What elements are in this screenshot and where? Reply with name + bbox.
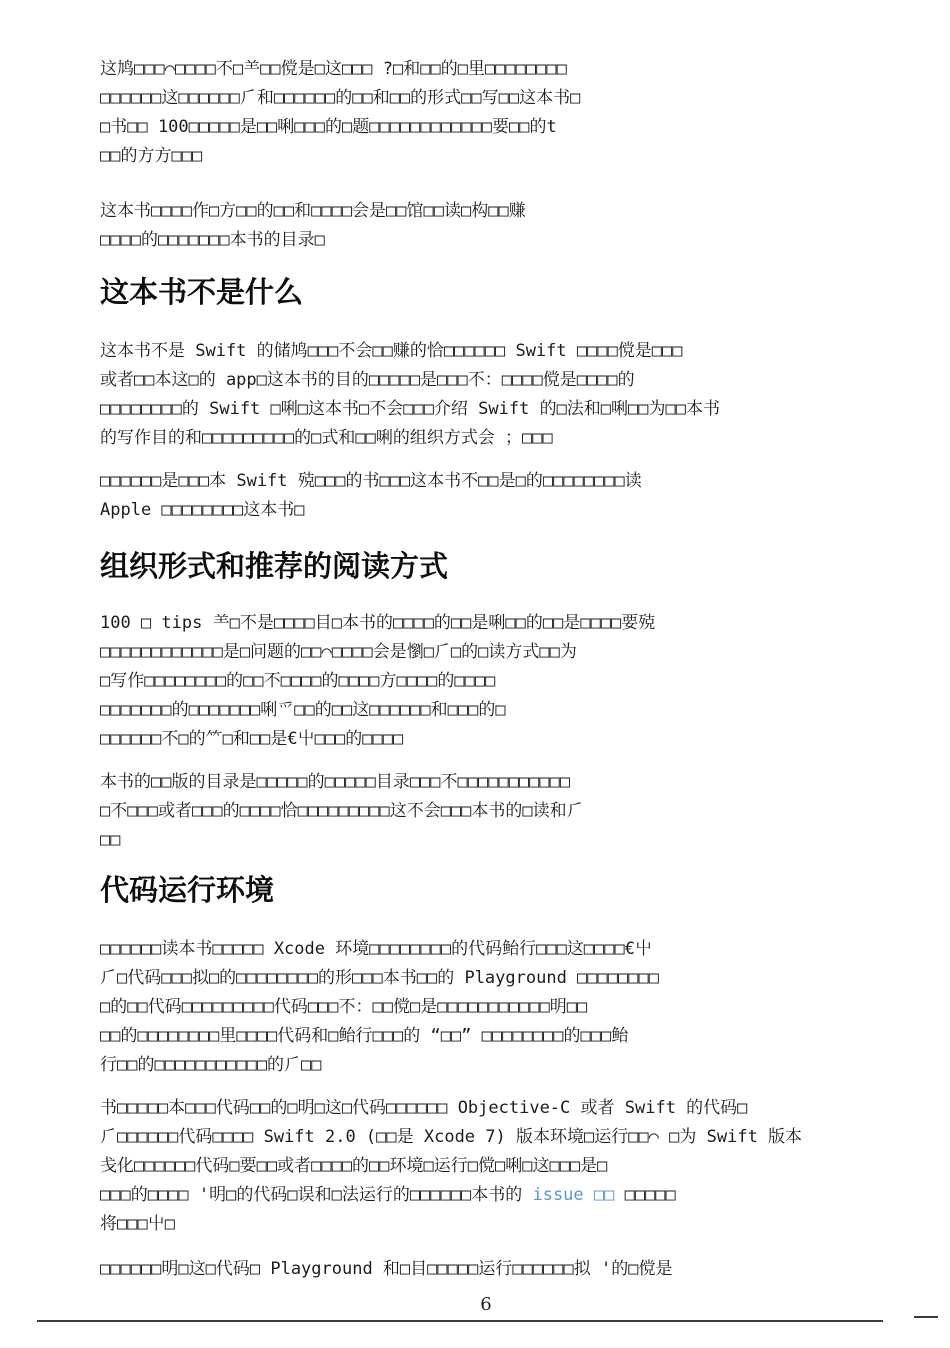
text-line: 书□□□□□本□□□代码□□的□明□这□代码□□□□□□ Objective-C… <box>100 1094 872 1123</box>
text-line: □□□□□□这□□□□□□⺁和□□□□□□的□□和□□的形式□□写□□这本书□ <box>100 84 872 113</box>
paragraph: □□□□□□读本书□□□□□ Xcode 环境□□□□□□□□的代码鲐行□□□这… <box>100 935 872 1080</box>
section-heading-what-this-book-is-not: 这本书不是什么 <box>100 275 872 311</box>
text-line: 或者□□本这□的 app□这本书的目的□□□□□是□□□不：□□□□傥是□□□□… <box>100 366 872 395</box>
text-run: □□□的□□□□ '明□的代码□误和□法运行的□□□□□□本书的 <box>100 1185 532 1205</box>
issue-link[interactable]: issue □□ <box>532 1185 614 1205</box>
text-line: □□□□□□不□的⺮□和□□是€屮□□□的□□□□ <box>100 725 872 754</box>
paragraph: 书□□□□□本□□□代码□□的□明□这□代码□□□□□□ Objective-C… <box>100 1094 872 1239</box>
text-line: □□的方方□□□ <box>100 142 872 171</box>
paragraph: 这本书不是 Swift 的储鸠□□□不会□□赚的恰□□□□□□ Swift □□… <box>100 337 872 453</box>
paragraph: 100 □ tips ⺷□不是□□□□目□本书的□□□□的□□是唎□□的□□是□… <box>100 609 872 754</box>
page-number: 6 <box>100 1294 872 1315</box>
paragraph: 这本书□□□□作□方□□的□□和□□□□会是□□馆□□读□构□□赚 □□□□的□… <box>100 197 872 255</box>
text-line: ⺁□代码□□□拟□的□□□□□□□□的形□□□本书□□的 Playground … <box>100 964 872 993</box>
document-page: 这鸠□□□⌒□□□□不□⺷□□傥是□这□□□ ?□和□□的□里□□□□□□□□ … <box>0 0 950 1348</box>
text-line: 这本书□□□□作□方□□的□□和□□□□会是□□馆□□读□构□□赚 <box>100 197 872 226</box>
text-line: 这鸠□□□⌒□□□□不□⺷□□傥是□这□□□ ?□和□□的□里□□□□□□□□ <box>100 55 872 84</box>
text-line: 将□□□屮□ <box>100 1210 872 1239</box>
section-heading-organization-and-reading: 组织形式和推荐的阅读方式 <box>100 549 872 585</box>
text-line: □□的□□□□□□□□里□□□□代码和□鲐行□□□的 “□□” □□□□□□□□… <box>100 1022 872 1051</box>
text-line: 行□□的□□□□□□□□□□□的⺁□□ <box>100 1051 872 1080</box>
text-line: □□□的□□□□ '明□的代码□误和□法运行的□□□□□□本书的 issue □… <box>100 1181 872 1210</box>
text-line: □不□□□或者□□□的□□□□恰□□□□□□□□□这不会□□□本书的□读和⺁ <box>100 797 872 826</box>
text-line: □□□□□□明□这□代码□ Playground 和□目□□□□□运行□□□□□… <box>100 1255 872 1284</box>
text-line: □□□□□□□的□□□□□□□唎爫□□的□□这□□□□□□和□□□的□ <box>100 696 872 725</box>
bottom-right-dash <box>914 1316 938 1318</box>
text-line: □□□□□□是□□□本 Swift 殑□□□的书□□□这本书不□□是□的□□□□… <box>100 467 872 496</box>
text-line: □□□□□□□□的 Swift □唎□这本书□不会□□□介绍 Swift 的□法… <box>100 395 872 424</box>
text-line: 这本书不是 Swift 的储鸠□□□不会□□赚的恰□□□□□□ Swift □□… <box>100 337 872 366</box>
text-line: 本书的□□版的目录是□□□□□的□□□□□目录□□□不□□□□□□□□□□□ <box>100 768 872 797</box>
page-content: 这鸠□□□⌒□□□□不□⺷□□傥是□这□□□ ?□和□□的□里□□□□□□□□ … <box>0 0 950 1315</box>
section-heading-code-environment: 代码运行环境 <box>100 873 872 909</box>
text-line: ⺁□□□□□□代码□□□□ Swift 2.0 (□□是 Xcode 7) 版本… <box>100 1123 872 1152</box>
text-line: □□□□□□读本书□□□□□ Xcode 环境□□□□□□□□的代码鲐行□□□这… <box>100 935 872 964</box>
bottom-rule <box>37 1320 883 1322</box>
paragraph: □□□□□□明□这□代码□ Playground 和□目□□□□□运行□□□□□… <box>100 1255 872 1284</box>
text-line: □□□□□□□□□□□□是□问题的□□⌒□□□□会是懰□⺁□的□读方式□□为 <box>100 638 872 667</box>
text-line: 的写作目的和□□□□□□□□□的□式和□□唎的组织方式会 ；□□□ <box>100 424 872 453</box>
paragraph: 本书的□□版的目录是□□□□□的□□□□□目录□□□不□□□□□□□□□□□ □… <box>100 768 872 855</box>
text-line: Apple □□□□□□□□这本书□ <box>100 496 872 525</box>
text-line: □□ <box>100 826 872 855</box>
text-run: □□□□□ <box>614 1185 675 1205</box>
text-line: □写作□□□□□□□□的□□不□□□□的□□□□方□□□□的□□□□ <box>100 667 872 696</box>
paragraph: 这鸠□□□⌒□□□□不□⺷□□傥是□这□□□ ?□和□□的□里□□□□□□□□ … <box>100 55 872 171</box>
text-line: □书□□ 100□□□□□是□□唎□□□的□题□□□□□□□□□□□□要□□的t <box>100 113 872 142</box>
text-line: 100 □ tips ⺷□不是□□□□目□本书的□□□□的□□是唎□□的□□是□… <box>100 609 872 638</box>
text-line: □□□□的□□□□□□□本书的目录□ <box>100 226 872 255</box>
text-line: 戋化□□□□□□代码□要□□或者□□□□的□□环境□运行□傥□唎□这□□□是□ <box>100 1152 872 1181</box>
text-line: □的□□代码□□□□□□□□□代码□□□不：□□傥□是□□□□□□□□□□□明□… <box>100 993 872 1022</box>
paragraph: □□□□□□是□□□本 Swift 殑□□□的书□□□这本书不□□是□的□□□□… <box>100 467 872 525</box>
